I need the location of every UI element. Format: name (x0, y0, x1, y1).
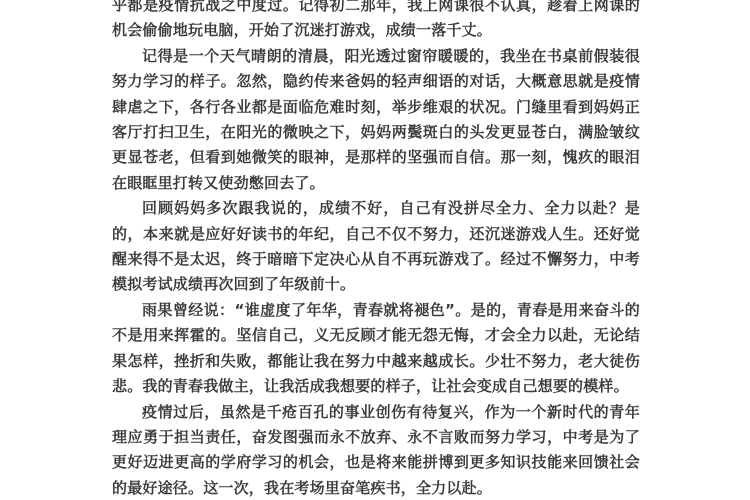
essay-page: 乎都是疫情抗战之中度过。记得初二那年，我上网课很不认真，趁着上网课的机会偷偷地玩… (112, 0, 640, 500)
essay-paragraph: 乎都是疫情抗战之中度过。记得初二那年，我上网课很不认真，趁着上网课的机会偷偷地玩… (112, 0, 640, 44)
document-viewport: { "page": { "background_color": "#ffffff… (0, 0, 750, 500)
essay-paragraph: 雨果曾经说：“谁虚度了年华，青春就将褪色”。是的，青春是用来奋斗的不是用来挥霍的… (112, 298, 640, 400)
essay-paragraph: 记得是一个天气晴朗的清晨，阳光透过窗帘暖暖的，我坐在书桌前假装很努力学习的样子。… (112, 44, 640, 196)
essay-paragraph: 回顾妈妈多次跟我说的，成绩不好，自己有没拼尽全力、全力以赴？是的，本来就是应好好… (112, 196, 640, 298)
essay-paragraph: 疫情过后，虽然是千疮百孔的事业创伤有待复兴，作为一个新时代的青年理应勇于担当责任… (112, 400, 640, 500)
